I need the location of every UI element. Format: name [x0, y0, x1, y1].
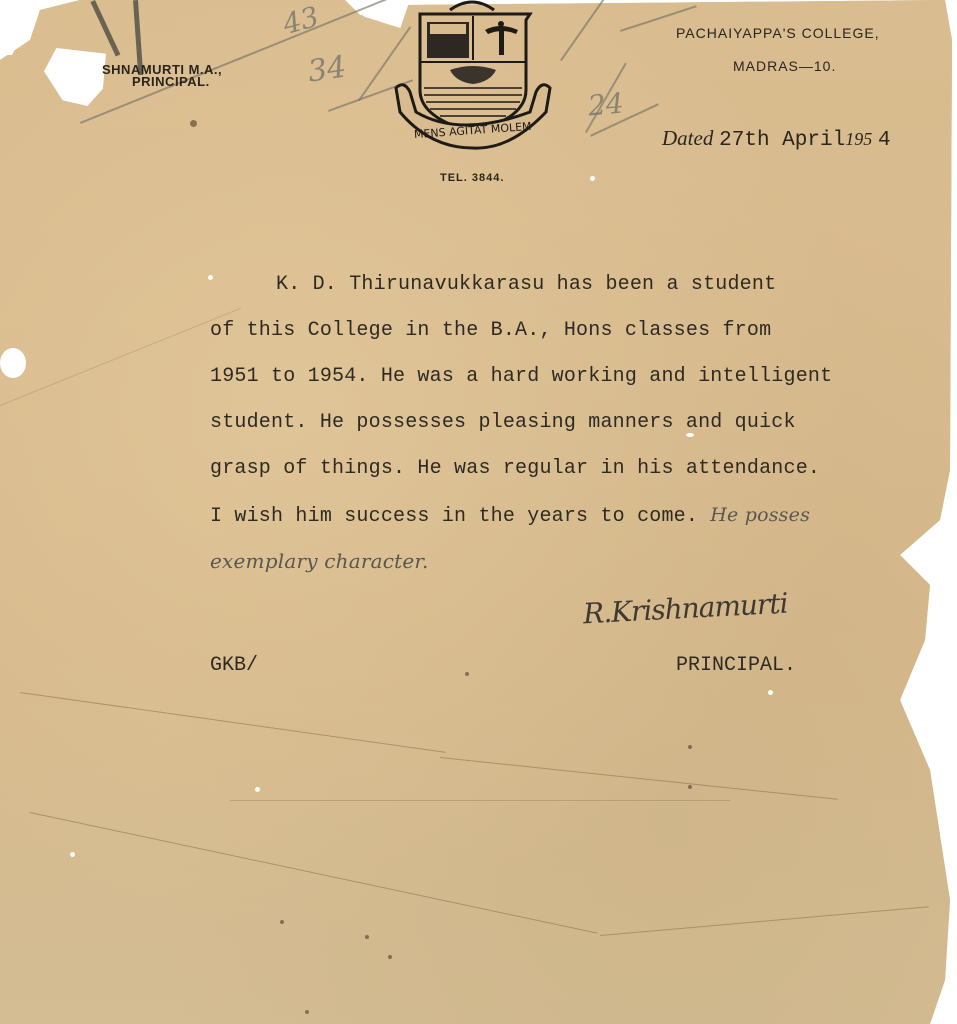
paper-glint [686, 433, 694, 437]
date-typed: 27th April [719, 129, 845, 152]
crease-line [230, 800, 730, 801]
handwritten-addition: He posses [710, 504, 810, 526]
ink-speck [365, 935, 369, 939]
principal-letterhead: SHNAMURTI M.A., PRINCIPAL. [102, 62, 222, 77]
ink-speck [280, 920, 284, 924]
paper-glint [70, 852, 75, 857]
typist-reference: GKB/ [210, 654, 258, 677]
body-line: of this College in the B.A., Hons classe… [210, 308, 940, 354]
ink-speck [688, 745, 692, 749]
body-line: 1951 to 1954. He was a hard working and … [210, 354, 940, 400]
ink-speck [688, 785, 692, 789]
date-label: Dated [662, 126, 713, 150]
ink-speck [465, 672, 469, 676]
handwritten-addition-continued: exemplary character. [210, 549, 429, 573]
college-name: PACHAIYAPPA'S COLLEGE, [676, 25, 880, 41]
paper-glint [208, 275, 213, 280]
ink-speck [190, 120, 197, 127]
date-year-typed: 4 [878, 129, 891, 152]
pencil-mark-24: 24 [587, 87, 625, 123]
ink-speck [388, 955, 392, 959]
body-line-last: I wish him success in the years to come.… [210, 492, 940, 538]
principal-title: PRINCIPAL. [132, 74, 210, 89]
telephone-number: TEL. 3844. [440, 172, 504, 184]
paper-glint [590, 176, 595, 181]
body-line: student. He possesses pleasing manners a… [210, 400, 940, 446]
punch-hole [0, 348, 26, 378]
college-city: MADRAS—10. [733, 58, 836, 74]
body-line: K. D. Thirunavukkarasu has been a studen… [210, 262, 940, 308]
paper-glint [255, 787, 260, 792]
date-year-printed: 195 [845, 129, 872, 149]
signatory-title: PRINCIPAL. [676, 654, 796, 677]
body-line: I wish him success in the years to come. [210, 505, 698, 528]
pencil-mark-34: 34 [306, 50, 349, 90]
handwritten-line: exemplary character. [210, 538, 940, 584]
paper-glint [768, 690, 773, 695]
body-line: grasp of things. He was regular in his a… [210, 446, 940, 492]
college-crest-icon: MENS AGITAT MOLEM [390, 0, 555, 150]
ink-speck [305, 1010, 309, 1014]
letter-body: K. D. Thirunavukkarasu has been a studen… [210, 262, 940, 584]
letter-date: Dated 27th April195 4 [662, 126, 891, 152]
